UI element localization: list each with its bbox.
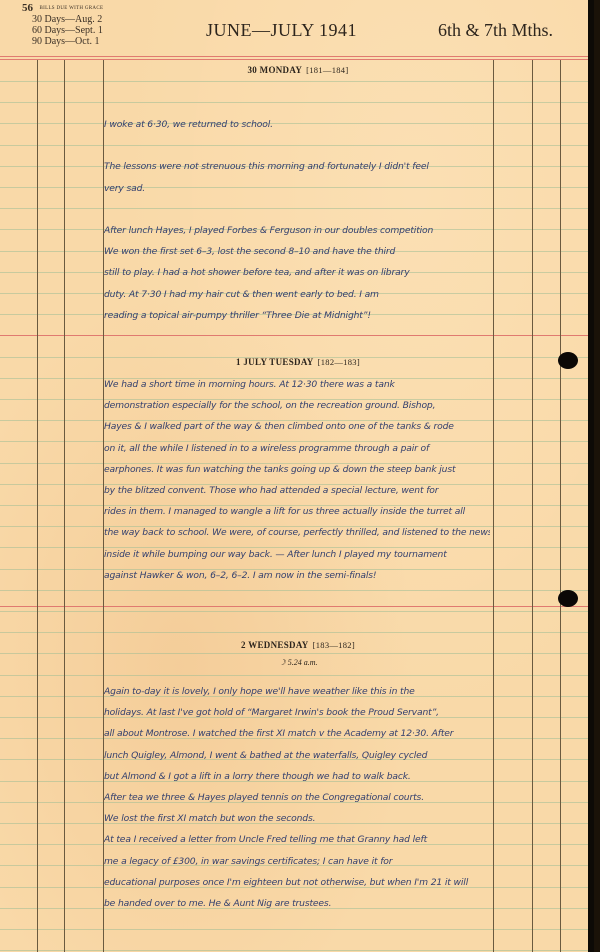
ruled-line xyxy=(0,653,594,654)
entry-line: all about Montrose. I watched the first … xyxy=(104,723,490,744)
entry-line: educational purposes once I'm eighteen b… xyxy=(104,872,490,893)
bills-row: 60 Days—Sept. 1 xyxy=(32,25,103,36)
moon-phase: ☽ 5.24 a.m. xyxy=(103,658,493,667)
entry-line: inside it while bumping our way back. — … xyxy=(104,544,490,565)
entry-line: Hayes & I walked part of the way & then … xyxy=(104,416,490,437)
day-heading-monday: 30 MONDAY[181—184] xyxy=(103,65,493,75)
entry-line: We lost the first XI match but won the s… xyxy=(104,808,490,829)
entry-line: I woke at 6·30, we returned to school. xyxy=(104,114,490,135)
entry-line: the way back to school. We were, of cour… xyxy=(104,522,490,543)
day-heading-wednesday: 2 WEDNESDAY[183—182] xyxy=(103,640,493,650)
entry-line: duty. At 7·30 I had my hair cut & then w… xyxy=(104,284,490,305)
ruled-line xyxy=(0,102,594,103)
entry-line: After tea we three & Hayes played tennis… xyxy=(104,787,490,808)
page-number: 56 xyxy=(22,2,33,14)
entry-line: holidays. At last I've got hold of “Marg… xyxy=(104,702,490,723)
diary-entry-wednesday: Again to-day it is lovely, I only hope w… xyxy=(104,681,490,914)
entry-line: At tea I received a letter from Uncle Fr… xyxy=(104,829,490,850)
ruled-line xyxy=(0,950,594,951)
entry-line: be handed over to me. He & Aunt Nig are … xyxy=(104,893,490,914)
entry-line: lunch Quigley, Almond, I went & bathed a… xyxy=(104,745,490,766)
column-line xyxy=(64,60,65,952)
column-line xyxy=(493,60,494,952)
entry-line: We won the first set 6–3, lost the secon… xyxy=(104,241,490,262)
column-line xyxy=(532,60,533,952)
entry-line xyxy=(104,199,490,220)
entry-line: against Hawker & won, 6–2, 6–2. I am now… xyxy=(104,565,490,586)
column-line xyxy=(37,60,38,952)
moon-phase-text: ☽ 5.24 a.m. xyxy=(279,658,318,667)
months-label: 6th & 7th Mths. xyxy=(438,20,553,41)
entry-line: demonstration especially for the school,… xyxy=(104,395,490,416)
entry-line: Again to-day it is lovely, I only hope w… xyxy=(104,681,490,702)
entry-line: very sad. xyxy=(104,178,490,199)
binder-hole xyxy=(558,352,578,369)
bills-caption: BILLS DUE WITH GRACE xyxy=(40,6,104,11)
entry-line: After lunch Hayes, I played Forbes & Fer… xyxy=(104,220,490,241)
entry-line: on it, all the while I listened in to a … xyxy=(104,438,490,459)
day-divider-red-rule xyxy=(0,335,594,336)
entry-line: rides in them. I managed to wangle a lif… xyxy=(104,501,490,522)
ruled-line xyxy=(0,590,594,591)
day-heading-text: 1 JULY TUESDAY xyxy=(236,357,314,367)
entry-line: We had a short time in morning hours. At… xyxy=(104,374,490,395)
day-divider-red-rule xyxy=(0,606,594,607)
ruled-line xyxy=(0,81,594,82)
ruled-line xyxy=(0,929,594,930)
entry-line: reading a topical air-pumpy thriller “Th… xyxy=(104,305,490,326)
ruled-line xyxy=(0,632,594,633)
entry-line: but Almond & I got a lift in a lorry the… xyxy=(104,766,490,787)
entry-line: me a legacy of £300, in war savings cert… xyxy=(104,851,490,872)
bills-row: 90 Days—Oct. 1 xyxy=(32,36,103,47)
ruled-line xyxy=(0,675,594,676)
day-heading-text: 30 MONDAY xyxy=(248,65,303,75)
bills-due-block: 56 BILLS DUE WITH GRACE 30 Days—Aug. 2 6… xyxy=(22,3,103,47)
entry-line: The lessons were not strenuous this morn… xyxy=(104,156,490,177)
day-heading-text: 2 WEDNESDAY xyxy=(241,640,309,650)
bills-row: 30 Days—Aug. 2 xyxy=(32,14,103,25)
diary-page: 56 BILLS DUE WITH GRACE 30 Days—Aug. 2 6… xyxy=(0,0,594,952)
day-heading-tuesday: 1 JULY TUESDAY[182—183] xyxy=(103,357,493,367)
entry-line: earphones. It was fun watching the tanks… xyxy=(104,459,490,480)
day-number-range: [181—184] xyxy=(306,65,348,75)
page-edge-shadow xyxy=(588,0,594,952)
day-number-range: [182—183] xyxy=(318,357,360,367)
column-line xyxy=(560,60,561,952)
entry-line: still to play. I had a hot shower before… xyxy=(104,262,490,283)
binder-hole xyxy=(558,590,578,607)
header-red-rule xyxy=(0,59,594,60)
entry-line xyxy=(104,135,490,156)
day-number-range: [183—182] xyxy=(313,640,355,650)
page-title: JUNE—JULY 1941 xyxy=(206,20,357,41)
diary-entry-monday: I woke at 6·30, we returned to school. T… xyxy=(104,114,490,326)
diary-entry-tuesday: We had a short time in morning hours. At… xyxy=(104,374,490,586)
entry-line: by the blitzed convent. Those who had at… xyxy=(104,480,490,501)
ruled-line xyxy=(0,611,594,612)
page-header: 56 BILLS DUE WITH GRACE 30 Days—Aug. 2 6… xyxy=(0,0,594,58)
